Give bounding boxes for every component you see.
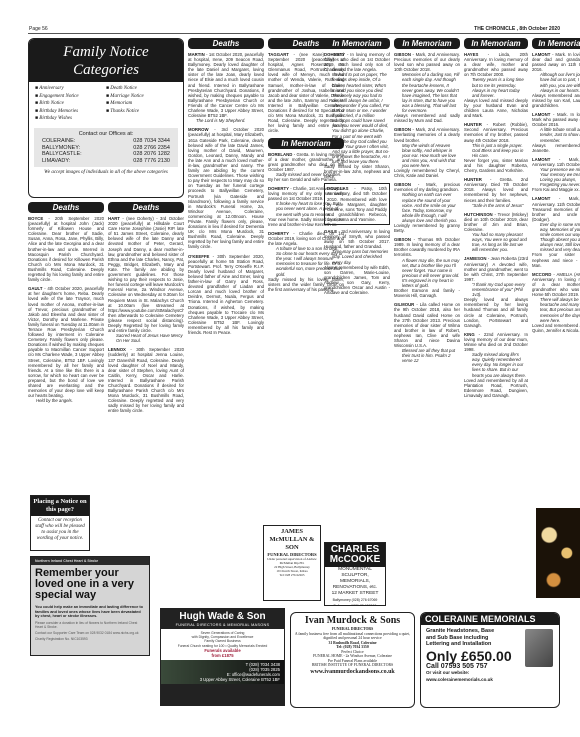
column-deaths-3: Deaths MARTIN - 1st October 2020, peacef… [188, 38, 264, 518]
column-memoriam-7: In Memoriam HAYES - Linda, 20th Annivers… [464, 38, 528, 598]
category-item: Death Notice [106, 85, 177, 93]
category-item: Engagement Notice [35, 93, 106, 101]
hugh-wade-details: Seven Generations of Caring with Dignity… [161, 629, 284, 660]
hugh-wade-contact: T (028) 7034 3438 (028) 7035 2825 E: off… [161, 660, 284, 684]
james-mcmullan-ad: JAMES McMULLAN & SON FUNERAL DIRECTORS U… [263, 525, 321, 601]
notice: JAMIESON - Jean Roberta (23rd Anniversar… [464, 256, 528, 327]
notice: MORROW - 3rd October 2020 (peacefully) a… [188, 127, 264, 249]
notice: BOYCE - 20th September 2020 (peacefully)… [28, 216, 104, 282]
headstone-image [525, 629, 553, 667]
contact-offices: Contact our Offices at: COLERAINE:028 70… [34, 128, 178, 168]
column-memoriam-8: In Memoriam LAMONT - Mark. In loving of … [532, 38, 580, 508]
category-item: Thanks Notice [106, 108, 177, 116]
notice: HART - (nee Doherty) - 3rd October 2020 … [108, 216, 184, 343]
column-deaths-1: Deaths BOYCE - 20th September 2020 (peac… [28, 202, 104, 492]
category-item: Anniversary [35, 85, 106, 93]
notice: GIBSON - Mark, precious memories of my d… [394, 182, 460, 233]
notice: DOHERTY - In loving memory of Charles wh… [324, 52, 390, 179]
category-item: Memoriam [106, 100, 177, 108]
notice: LENNOX - 30th September 2020 (suddenly) … [108, 347, 184, 413]
page-number: Page 56 [29, 26, 48, 32]
notice: O'KEEFFE - 30th September 2020, peaceful… [188, 254, 264, 336]
notice: MARTIN - 1st October 2020, peacefully at… [188, 52, 264, 123]
paper-title: THE CHRONICLE , 8th October 2020 [474, 26, 560, 32]
newspaper-page: Page 56 THE CHRONICLE , 8th October 2020… [28, 22, 560, 722]
notice: LAMONT - Mark. In loving of a dear dad a… [532, 52, 580, 108]
column-deaths-2: Deaths HART - (nee Doherty) - 3rd Octobe… [108, 202, 184, 492]
notice: LAMONT - Mark, 4th Anniversary. 11th Oct… [532, 157, 580, 193]
column-memoriam-6: In Memoriam GIBSON - Mark, 2nd Anniversa… [394, 38, 460, 598]
categories-title: Family Notice Categories [29, 39, 183, 82]
notice: GAILE - 3rd Anniversary. In loving memor… [324, 229, 390, 295]
notice: MCCORD - AMELIA (AMY) 1st Anniversary. I… [532, 272, 580, 333]
coleraine-memorials-ad: COLERAINE MEMORIALS Granite Headstones, … [420, 612, 560, 708]
section-header-deaths: Deaths [28, 202, 104, 213]
notice: GILMOUR - Lila called Home on the 9th Oc… [394, 302, 460, 363]
notice: HUNTER - Gretta. 2nd Anniversary. Died 7… [464, 177, 528, 208]
section-header-memoriam: In Memoriam [464, 38, 528, 49]
page-header: Page 56 THE CHRONICLE , 8th October 2020 [28, 22, 560, 34]
category-item: Birthday Memories [35, 108, 106, 116]
notice: LAMONT - Mark, 4th Anniversary. 11th Oct… [532, 196, 580, 267]
family-notice-categories-box: Family Notice Categories Anniversary Dea… [28, 38, 184, 198]
category-item: Birthday Wishes [35, 115, 106, 123]
section-header-memoriam: In Memoriam [324, 38, 390, 49]
categories-footer: We accept images of individuals in all o… [29, 169, 183, 177]
section-header-memoriam: In Memoriam [532, 38, 580, 49]
section-header-deaths: Deaths [188, 38, 264, 49]
notice: LAMONT - Mark. In loving of Mark who pas… [532, 112, 580, 153]
notice: GIBSON - Mark, 2nd Anniversary. Everlast… [394, 127, 460, 178]
notice: HAYES - Linda, 20th Anniversary. In lovi… [464, 52, 528, 118]
notice: HUNTER - Robert (Robbie), Second Anniver… [464, 122, 528, 173]
hugh-wade-ad: Hugh Wade & Son FUNERAL DIRECTORS & MEMO… [160, 608, 285, 706]
section-header-memoriam: In Memoriam [394, 38, 460, 49]
column-memoriam-5: In Memoriam DOHERTY - In loving memory o… [324, 38, 390, 538]
notice: KING - 22nd Anniversary. In loving memor… [464, 332, 528, 398]
category-item: Marriage Notice [106, 93, 177, 101]
category-item: Birth Notice [35, 100, 106, 108]
notice: GAULT - 4th October 2020, peacefully at … [28, 286, 104, 403]
categories-list: Anniversary Death Notice Engagement Noti… [29, 82, 183, 126]
ivan-murdock-ad: Ivan Murdock & Sons FUNERAL DIRECTORS A … [290, 612, 415, 708]
notice: DOUGLAS - Patsy, 10th Anniversary, died … [324, 183, 390, 225]
candle-lights-image [536, 508, 580, 598]
notice: HUTCHINSON - Trevor (Mickey) died on 10t… [464, 212, 528, 253]
notice: GIBSON - Thomas 9th October 1989. In lov… [394, 237, 460, 298]
notice: GIBSON - Mark, 2nd Anniversary. Precious… [394, 52, 460, 123]
section-header-deaths: Deaths [108, 202, 184, 213]
charles-mccooke-ad: CHARLES McCOOKE MONUMENTAL SCULPTOR, MEM… [324, 542, 386, 606]
chest-heart-stroke-ad: Northern Ireland Chest Heart & Stroke Re… [30, 556, 150, 656]
office-row: LIMAVADY:028 7776 2130 [42, 158, 170, 165]
placing-notice-box: Placing a Notice on this page? Contact o… [30, 495, 90, 551]
